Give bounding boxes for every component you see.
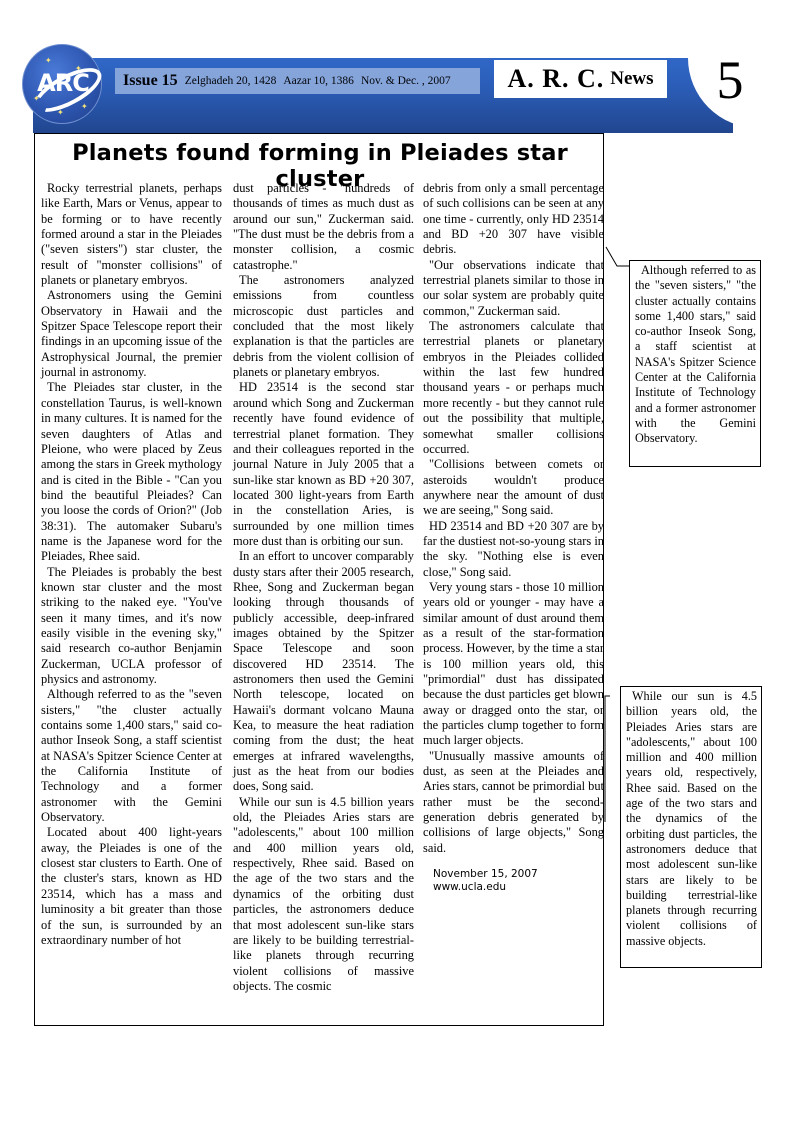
paragraph: debris from only a small percentage of s…	[423, 181, 604, 258]
paragraph: Located about 400 light-years away, the …	[41, 825, 222, 948]
paragraph: The Pleiades is probably the best known …	[41, 565, 222, 688]
article-frame: Planets found forming in Pleiades star c…	[34, 133, 604, 1026]
issue-info-bar: Issue 15 Zelghadeh 20, 1428 Aazar 10, 13…	[115, 68, 480, 94]
pull-quote-connector-1	[605, 246, 631, 272]
paragraph: "Unusually massive amounts of dust, as s…	[423, 749, 604, 856]
pull-quote-text: While our sun is 4.5 billion years old, …	[626, 689, 757, 949]
masthead-subtitle: News	[610, 68, 653, 90]
source-date: November 15, 2007	[433, 868, 604, 881]
pull-quote-text: Although referred to as the "seven siste…	[635, 263, 756, 447]
article-source: November 15, 2007 www.ucla.edu	[423, 868, 604, 894]
paragraph: Although referred to as the "seven siste…	[41, 687, 222, 825]
paragraph: HD 23514 is the second star around which…	[233, 380, 414, 549]
masthead: A. R. C. News	[494, 60, 667, 98]
pull-quote-connector-2	[600, 690, 614, 830]
article-column-1: Rocky terrestrial planets, perhaps like …	[41, 181, 222, 948]
paragraph: The Pleiades star cluster, in the conste…	[41, 380, 222, 564]
paragraph: "Our observations indicate that terrestr…	[423, 258, 604, 319]
paragraph: The astronomers analyzed emissions from …	[233, 273, 414, 380]
paragraph: Astronomers using the Gemini Observatory…	[41, 288, 222, 380]
gregorian-date: Nov. & Dec. , 2007	[361, 75, 451, 87]
paragraph: While our sun is 4.5 billion years old, …	[233, 795, 414, 994]
paragraph: Very young stars - those 10 million year…	[423, 580, 604, 749]
issue-number: Issue 15	[123, 72, 178, 90]
paragraph: Rocky terrestrial planets, perhaps like …	[41, 181, 222, 288]
pull-quote-2: While our sun is 4.5 billion years old, …	[620, 686, 762, 968]
paragraph: "Collisions between comets or asteroids …	[423, 457, 604, 518]
masthead-title: A. R. C.	[507, 64, 604, 94]
page-number: 5	[700, 50, 760, 110]
article-column-2: dust particles - "hundreds of thousands …	[233, 181, 414, 994]
paragraph: The astronomers calculate that terrestri…	[423, 319, 604, 457]
article-column-3: debris from only a small percentage of s…	[423, 181, 604, 894]
persian-date: Aazar 10, 1386	[283, 75, 354, 87]
arc-logo: ✦ ✦ ✦ ✦ ✦ ARC	[22, 44, 102, 124]
star-icon: ✦	[81, 103, 88, 111]
hijri-date: Zelghadeh 20, 1428	[185, 75, 277, 87]
star-icon: ✦	[45, 57, 52, 65]
paragraph: dust particles - "hundreds of thousands …	[233, 181, 414, 273]
pull-quote-1: Although referred to as the "seven siste…	[629, 260, 761, 467]
logo-text: ARC	[33, 69, 93, 97]
paragraph: In an effort to uncover comparably dusty…	[233, 549, 414, 795]
paragraph: HD 23514 and BD +20 307 are by far the d…	[423, 519, 604, 580]
source-url[interactable]: www.ucla.edu	[433, 881, 604, 894]
